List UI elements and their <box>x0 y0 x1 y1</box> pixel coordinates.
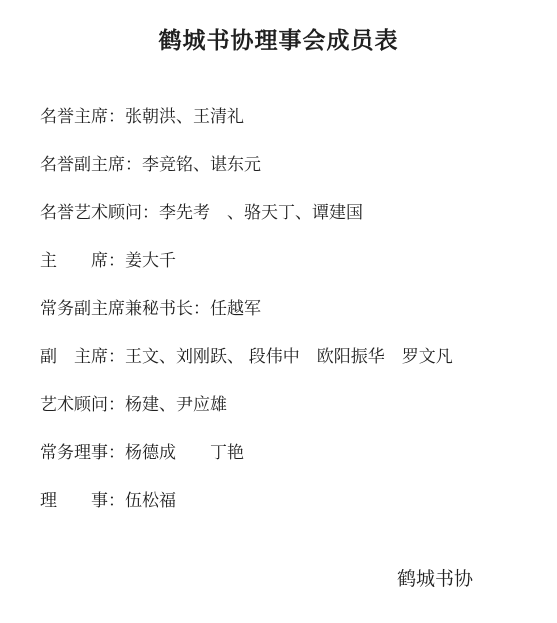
role-label: 艺术顾问： <box>40 395 125 414</box>
member-names: 姜大千 <box>125 251 176 270</box>
member-row: 常务副主席兼秘书长：任越军 <box>40 285 547 333</box>
member-row: 名誉主席：张朝洪、王清礼 <box>40 93 547 141</box>
footer-signature: 鹤城书协 <box>0 568 473 592</box>
role-label: 常务理事： <box>40 443 125 462</box>
member-names: 伍松福 <box>125 491 176 510</box>
role-label: 理 事： <box>40 491 125 510</box>
role-label: 副 主席： <box>40 347 125 366</box>
member-names: 李竞铭、谌东元 <box>142 155 261 174</box>
role-label: 主 席： <box>40 251 125 270</box>
member-row: 主 席：姜大千 <box>40 237 547 285</box>
member-names: 张朝洪、王清礼 <box>125 107 244 126</box>
member-names: 杨德成 丁艳 <box>125 443 244 462</box>
member-row: 理 事：伍松福 <box>40 477 547 525</box>
member-row: 名誉副主席：李竞铭、谌东元 <box>40 141 547 189</box>
member-row: 艺术顾问：杨建、尹应雄 <box>40 381 547 429</box>
role-label: 名誉主席： <box>40 107 125 126</box>
member-names: 任越军 <box>210 299 261 318</box>
member-row: 副 主席：王文、刘刚跃、 段伟中 欧阳振华 罗文凡 <box>40 333 547 381</box>
member-row: 名誉艺术顾问：李先考 、骆天丁、谭建国 <box>40 189 547 237</box>
member-names: 李先考 、骆天丁、谭建国 <box>159 203 363 222</box>
member-row: 常务理事：杨德成 丁艳 <box>40 429 547 477</box>
page-title: 鹤城书协理事会成员表 <box>0 22 557 55</box>
member-names: 王文、刘刚跃、 段伟中 欧阳振华 罗文凡 <box>125 347 453 366</box>
member-names: 杨建、尹应雄 <box>125 395 227 414</box>
role-label: 名誉艺术顾问： <box>40 203 159 222</box>
member-rows: 名誉主席：张朝洪、王清礼名誉副主席：李竞铭、谌东元名誉艺术顾问：李先考 、骆天丁… <box>40 93 547 525</box>
role-label: 名誉副主席： <box>40 155 142 174</box>
role-label: 常务副主席兼秘书长： <box>40 299 210 318</box>
